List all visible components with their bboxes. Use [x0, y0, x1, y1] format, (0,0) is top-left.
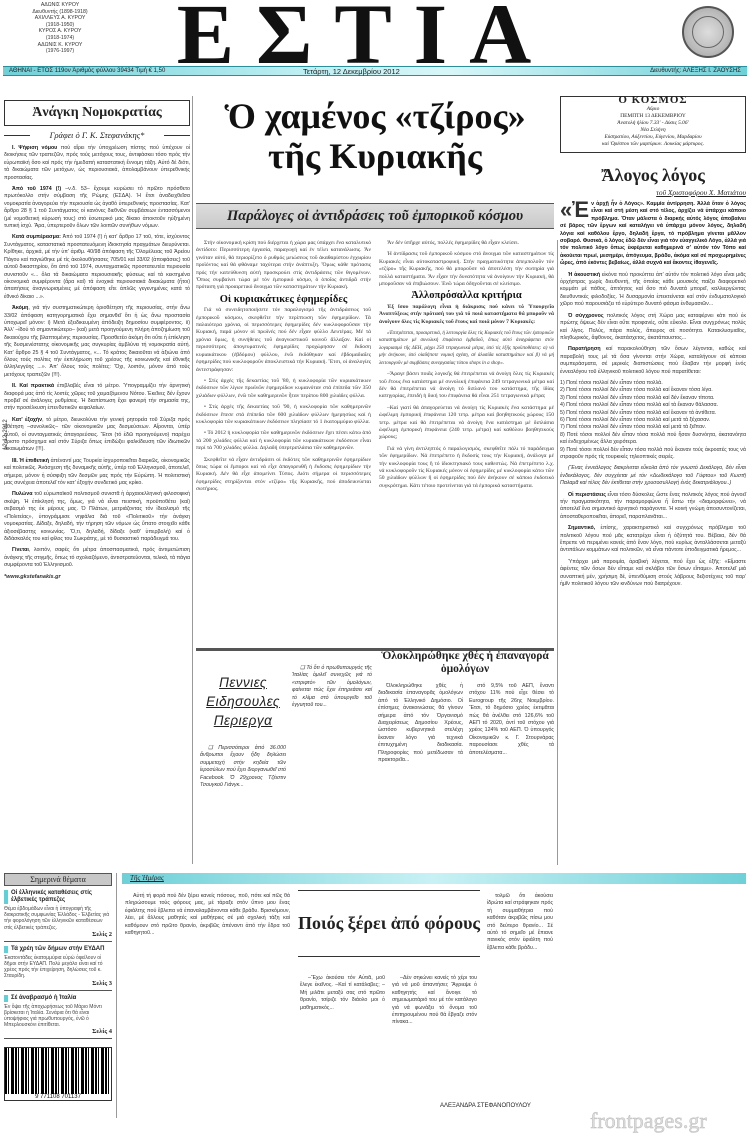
pennies-box: Πεννιες Ειδησουλες Περιεργα [200, 675, 286, 732]
topic-item[interactable]: Οἱ ἑλληνικές καταθέσεις στίς ἑλβετικές τ… [4, 886, 112, 942]
column-divider [116, 873, 117, 1118]
section-bar-tis-imeras: Τῆς Ἡμέρας [122, 873, 746, 884]
hmeras-col-2: –Ἔχω ἀκούσει τόν Αὐτιᾶ, μοῦ ἔλεγε ἐκεῖνο… [300, 975, 385, 1016]
barcode-icon: 9 771108 701137 [4, 1047, 112, 1101]
main-col-1: Στήν οἰκονομική κρίση πού διέρχεται ἡ χώ… [196, 240, 371, 498]
issue-info: ΑΘΗΝΑΙ - ΕΤΟΣ 119ον Ἀριθμὸς φύλλου 39434… [9, 67, 165, 76]
left-article-title: Ἀνάγκη Νομοκρατίας [4, 100, 190, 126]
pennies-item-2: ❑ Τό ὅτι ὁ πρωθυπουργός τῆς Ἰταλίας ὁμιλ… [292, 665, 372, 713]
founders-list: ΑΔΩΝΙΣ ΚΥΡΟΥ Διευθυντής (1898-1918) ΑΧΙΛ… [20, 2, 100, 55]
kosmos-box: Ο ΚΟΣΜΟΣ Αὔριο ΠΕΜΠΤΗ 13 ΔΕΚΕΜΒΡΙΟΥ Ἀνατ… [560, 96, 746, 153]
founder-line: (1918-1950) [20, 22, 100, 29]
director: Διευθυντής: ΑΛΕΞΗΣ Ι. ΖΑΟΥΣΗΣ [650, 67, 741, 76]
watermark: frontpages.gr [590, 1108, 707, 1134]
today-topics-title: Σημερινά θέματα [4, 873, 112, 886]
column-divider [192, 96, 193, 864]
pennies-title: Περιεργα [200, 713, 286, 728]
hmeras-col-3: –Δέν σηκώνει κανείς τό χέρι του γιά νά μ… [392, 975, 477, 1031]
founder-line: (1918-1974) [20, 35, 100, 42]
kosmos-title: Ο ΚΟΣΜΟΣ [614, 97, 691, 104]
right-article-title: Ἄλογος λόγος [560, 165, 746, 186]
right-article-byline: τοῦ Χριστοφόρου Χ. Ματιάτου [560, 188, 746, 197]
hmeras-col-4: τολμῶ ὅτι ἀκούσει ἱδρώτα καί στράφηκαν π… [487, 893, 553, 956]
newspaper-logo: ΕΣΤΙΑ [150, 0, 580, 74]
main-article-body: Στήν οἰκονομική κρίση πού διέρχεται ἡ χώ… [196, 240, 554, 498]
footnote-link[interactable]: *www.gkstefanakis.gr [4, 574, 190, 581]
left-article: Ἀνάγκη Νομοκρατίας Γράφει ὁ Γ. Κ. Στεφαν… [4, 100, 190, 581]
section-title: Ἀλλοπρόσαλλα κριτήρια [379, 292, 554, 299]
founder-line: (1976-1997) [20, 48, 100, 55]
founder-line: Διευθυντής (1898-1918) [20, 9, 100, 16]
main-col-2: Ἄν δέν ὑπῆρχε αὐτός, πολλές ἐφημερίδες θ… [379, 240, 554, 498]
masthead: ΑΔΩΝΙΣ ΚΥΡΟΥ Διευθυντής (1898-1918) ΑΧΙΛ… [0, 0, 750, 64]
main-subheadline: Παράλογες οἱ ἀντιδράσεις τοῦ ἐμπορικοῦ κ… [196, 203, 554, 229]
seal-emblem-icon [682, 6, 734, 58]
founder-line: ΑΧΙΛΛΕΥΣ Α. ΚΥΡΟΥ [20, 15, 100, 22]
main-headline: Ὁ χαμένος «τζίρος» τῆς Κυριακῆς [195, 96, 555, 176]
founder-line: ΑΔΩΝΙΣ Κ. ΚΥΡΟΥ [20, 42, 100, 49]
pennies-item-1: ❑ Περισσότεροι ἀπό 36.000 ἄνθρωποι ἔχουν… [200, 745, 286, 793]
pennies-title: Πεννιες [200, 675, 286, 690]
bonds-headline: Ὁλοκληρώθηκε χθές ἡ ἐπαναγορά ὁμολόγων [375, 650, 555, 676]
hmeras-author: ΑΛΕΞΑΝΔΡΑ ΣΤΕΦΑΝΟΠΟΥΛΟΥ [440, 1103, 531, 1109]
left-article-body: I. Ψήφιση νόμου πού αἴρει τήν ὑποχρέωση … [4, 145, 190, 581]
founder-line: ΚΥΡΟΣ Α. ΚΥΡΟΥ [20, 28, 100, 35]
dateline-bar: ΑΘΗΝΑΙ - ΕΤΟΣ 119ον Ἀριθμὸς φύλλου 39434… [3, 66, 747, 76]
topic-item[interactable]: Σέ ἀναβρασμό ἡ Ἰταλία Ἐν ὄψει τῆς ἀποχωρ… [4, 991, 112, 1040]
column-divider [557, 240, 558, 865]
right-article-body: «Ἐν ἀρχῇ ἦν ὁ Λόγος». Καμμία ἀντίρρηση. … [560, 201, 746, 589]
today-topics: Σημερινά θέματα Οἱ ἑλληνικές καταθέσεις … [4, 873, 112, 1101]
hmeras-headline: Ποιός ξέρει ἀπό φόρους [298, 890, 480, 957]
bonds-body: Ὁλοκληρώθηκε χθές ἡ διαδικασία ἐπαναγορᾶ… [378, 683, 554, 768]
hmeras-col-1: Αὐτή τή φορά πού δέν ξέρει κανείς πόσους… [125, 893, 290, 941]
section-title: Οἱ κυριακάτικες ἐφημερίδες [196, 296, 371, 303]
topic-item[interactable]: Τά χρέη τῶν δήμων στήν ΕΥΔΑΠ Ἑκατοντάδες… [4, 942, 112, 991]
pennies-title: Ειδησουλες [200, 694, 286, 709]
right-column: Ο ΚΟΣΜΟΣ Αὔριο ΠΕΜΠΤΗ 13 ΔΕΚΕΜΒΡΙΟΥ Ἀνατ… [560, 96, 746, 593]
left-article-byline: Γράφει ὁ Γ. Κ. Στεφανάκης* [4, 130, 190, 140]
issue-date: Τετάρτη, 12 Δεκεμβρίου 2012 [303, 67, 400, 76]
founder-line: ΑΔΩΝΙΣ ΚΥΡΟΥ [20, 2, 100, 9]
